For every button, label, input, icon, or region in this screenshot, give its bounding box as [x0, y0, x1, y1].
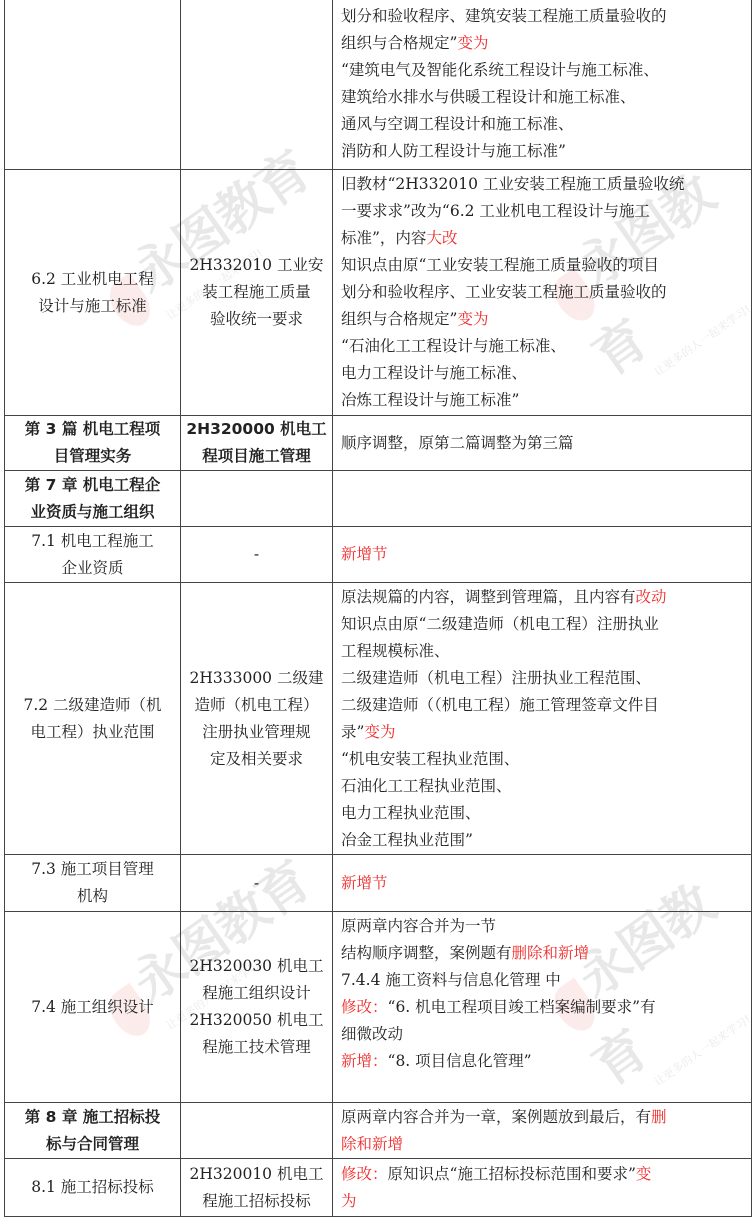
note-line: 通风与空调工程设计和施工标准、 [341, 111, 745, 138]
highlight-text: 变为 [364, 723, 395, 741]
note-text: 旧教材“2H332010 工业安装工程施工质量验收统 [341, 175, 684, 193]
note-line: 新增节 [341, 870, 745, 897]
old-code-cell [181, 0, 333, 170]
table-row: 第 7 章 机电工程企业资质与施工组织 [5, 471, 752, 527]
cell-line: 7.3 施工项目管理 [9, 856, 176, 883]
table-row: 7.2 二级建造师（机电工程）执业范围2H333000 二级建造师（机电工程）注… [5, 583, 752, 855]
highlight-text: 新增： [341, 1052, 388, 1070]
section-cell: 第 8 章 施工招标投标与合同管理 [5, 1103, 181, 1159]
note-line: 旧教材“2H332010 工业安装工程施工质量验收统 [341, 171, 745, 198]
note-text: “石油化工工程设计与施工标准、 [341, 337, 566, 355]
note-text: “8. 项目信息化管理” [388, 1052, 532, 1070]
old-code-cell: - [181, 855, 333, 912]
note-text: “机电安装工程执业范围、 [341, 750, 519, 768]
note-text: 知识点由原“二级建造师（机电工程）注册执业 [341, 615, 659, 633]
cell-line: 7.4 施工组织设计 [9, 994, 176, 1021]
note-text: 二级建造师（（机电工程）施工管理签章文件目 [341, 696, 659, 714]
cell-line: 第 3 篇 机电工程项 [9, 416, 176, 443]
note-line: 冶金工程执业范围” [341, 827, 745, 854]
cell-line: - [185, 541, 328, 568]
change-note-cell: 修改：原知识点“施工招标投标范围和要求”变为 [333, 1159, 752, 1217]
cell-line: 7.1 机电工程施工 [9, 528, 176, 555]
note-text: 石油化工工程执业范围、 [341, 777, 512, 795]
note-line: 结构顺序调整，案例题有删除和新增 [341, 940, 745, 967]
note-line: 知识点由原“工业安装工程施工质量验收的项目 [341, 252, 745, 279]
note-text: 原两章内容合并为一节 [341, 917, 496, 935]
table-body: 划分和验收程序、建筑安装工程施工质量验收的组织与合格规定”变为“建筑电气及智能化… [5, 0, 752, 1217]
note-text: 顺序调整，原第二篇调整为第三篇 [341, 434, 574, 452]
note-text: 细微改动 [341, 1025, 403, 1043]
table-row: 7.4 施工组织设计2H320030 机电工程施工组织设计2H320050 机电… [5, 912, 752, 1103]
note-text: 划分和验收程序、工业安装工程施工质量验收的 [341, 283, 667, 301]
cell-line: 企业资质 [9, 555, 176, 582]
highlight-text: 变为 [457, 34, 488, 52]
document-page: 永图教育 让更多的人一起来学习! 永图教育 让更多的人一起来学习! 永图教育 让… [0, 0, 756, 1219]
cell-line: 2H332010 工业安 [185, 252, 328, 279]
cell-line: 造师（机电工程） [185, 692, 328, 719]
section-cell: 7.1 机电工程施工企业资质 [5, 527, 181, 583]
note-line: 划分和验收程序、建筑安装工程施工质量验收的 [341, 3, 745, 30]
cell-line: - [185, 870, 328, 897]
old-code-cell: - [181, 527, 333, 583]
change-note-cell: 划分和验收程序、建筑安装工程施工质量验收的组织与合格规定”变为“建筑电气及智能化… [333, 0, 752, 170]
note-line: 建筑给水排水与供暖工程设计和施工标准、 [341, 84, 745, 111]
cell-line: 验收统一要求 [185, 306, 328, 333]
note-line: 二级建造师（（机电工程）施工管理签章文件目 [341, 692, 745, 719]
note-line: 电力工程设计与施工标准、 [341, 360, 745, 387]
note-text: 冶金工程执业范围” [341, 831, 473, 849]
note-text: 7.4.4 施工资料与信息化管理 中 [341, 971, 561, 989]
note-line: 新增节 [341, 541, 745, 568]
highlight-text: 删 [651, 1108, 667, 1126]
section-cell: 6.2 工业机电工程设计与施工标准 [5, 170, 181, 416]
note-text: 录” [341, 723, 364, 741]
highlight-text: 删除和新增 [512, 944, 590, 962]
note-line: 细微改动 [341, 1021, 745, 1048]
section-cell: 第 7 章 机电工程企业资质与施工组织 [5, 471, 181, 527]
note-text: 组织与合格规定” [341, 310, 457, 328]
note-text: “6. 机电工程项目竣工档案编制要求”有 [388, 998, 656, 1016]
table-row: 第 8 章 施工招标投标与合同管理原两章内容合并为一章，案例题放到最后，有删除和… [5, 1103, 752, 1159]
note-text: 建筑给水排水与供暖工程设计和施工标准、 [341, 88, 636, 106]
old-code-cell: 2H333000 二级建造师（机电工程）注册执业管理规定及相关要求 [181, 583, 333, 855]
cell-line: 2H320010 机电工 [185, 1161, 328, 1188]
change-note-cell: 旧教材“2H332010 工业安装工程施工质量验收统一要求求”改为“6.2 工业… [333, 170, 752, 416]
highlight-text: 除和新增 [341, 1135, 403, 1153]
section-cell: 第 3 篇 机电工程项目管理实务 [5, 416, 181, 471]
note-line: 一要求求”改为“6.2 工业机电工程设计与施工 [341, 198, 745, 225]
change-note-cell: 原两章内容合并为一章，案例题放到最后，有删除和新增 [333, 1103, 752, 1159]
section-cell: 7.3 施工项目管理机构 [5, 855, 181, 912]
old-code-cell: 2H320010 机电工程施工招标投标 [181, 1159, 333, 1217]
cell-line: 第 8 章 施工招标投 [9, 1104, 176, 1131]
old-code-cell: 2H320000 机电工程项目施工管理 [181, 416, 333, 471]
note-line: 新增：“8. 项目信息化管理” [341, 1048, 745, 1075]
comparison-table: 划分和验收程序、建筑安装工程施工质量验收的组织与合格规定”变为“建筑电气及智能化… [4, 0, 752, 1217]
note-line: 工程规模标准、 [341, 638, 745, 665]
highlight-text: 新增节 [341, 874, 388, 892]
cell-line: 电工程）执业范围 [9, 719, 176, 746]
section-cell: 8.1 施工招标投标 [5, 1159, 181, 1217]
cell-line: 标与合同管理 [9, 1131, 176, 1158]
section-cell: 7.2 二级建造师（机电工程）执业范围 [5, 583, 181, 855]
cell-line: 目管理实务 [9, 443, 176, 470]
note-text: 消防和人防工程设计与施工标准” [341, 142, 566, 160]
cell-line: 2H320000 机电工 [185, 416, 328, 443]
note-line: 冶炼工程设计与施工标准” [341, 387, 745, 414]
note-text: 标准”，内容 [341, 229, 426, 247]
highlight-text: 修改： [341, 998, 388, 1016]
highlight-text: 新增节 [341, 545, 388, 563]
old-code-cell: 2H320030 机电工程施工组织设计2H320050 机电工程施工技术管理 [181, 912, 333, 1103]
cell-line: 程项目施工管理 [185, 443, 328, 470]
note-line: “建筑电气及智能化系统工程设计与施工标准、 [341, 57, 745, 84]
note-text: 工程规模标准、 [341, 642, 450, 660]
note-line: 录”变为 [341, 719, 745, 746]
note-line: 除和新增 [341, 1131, 745, 1158]
cell-line: 定及相关要求 [185, 746, 328, 773]
cell-line: 第 7 章 机电工程企 [9, 472, 176, 499]
cell-line: 2H333000 二级建 [185, 665, 328, 692]
change-note-cell: 新增节 [333, 527, 752, 583]
note-line: 修改：“6. 机电工程项目竣工档案编制要求”有 [341, 994, 745, 1021]
note-text: 原知识点“施工招标投标范围和要求” [388, 1165, 636, 1183]
cell-line: 8.1 施工招标投标 [9, 1174, 176, 1201]
note-line: 知识点由原“二级建造师（机电工程）注册执业 [341, 611, 745, 638]
cell-line: 设计与施工标准 [9, 293, 176, 320]
note-line: 二级建造师（机电工程）注册执业工程范围、 [341, 665, 745, 692]
note-line: “石油化工工程设计与施工标准、 [341, 333, 745, 360]
note-line: 组织与合格规定”变为 [341, 306, 745, 333]
note-line: 石油化工工程执业范围、 [341, 773, 745, 800]
cell-line: 程施工技术管理 [185, 1034, 328, 1061]
note-text: 通风与空调工程设计和施工标准、 [341, 115, 574, 133]
note-line: 顺序调整，原第二篇调整为第三篇 [341, 430, 745, 457]
note-line: 原两章内容合并为一章，案例题放到最后，有删 [341, 1104, 745, 1131]
note-line: 划分和验收程序、工业安装工程施工质量验收的 [341, 279, 745, 306]
note-line: 原两章内容合并为一节 [341, 913, 745, 940]
table-row: 7.3 施工项目管理机构-新增节 [5, 855, 752, 912]
change-note-cell: 新增节 [333, 855, 752, 912]
table-row: 划分和验收程序、建筑安装工程施工质量验收的组织与合格规定”变为“建筑电气及智能化… [5, 0, 752, 170]
cell-line: 2H320030 机电工 [185, 953, 328, 980]
note-text: 知识点由原“工业安装工程施工质量验收的项目 [341, 256, 659, 274]
old-code-cell [181, 471, 333, 527]
table-row: 6.2 工业机电工程设计与施工标准2H332010 工业安装工程施工质量验收统一… [5, 170, 752, 416]
cell-line: 程施工招标投标 [185, 1188, 328, 1215]
note-text: 冶炼工程设计与施工标准” [341, 391, 519, 409]
note-text: 结构顺序调整，案例题有 [341, 944, 512, 962]
table-row: 8.1 施工招标投标2H320010 机电工程施工招标投标修改：原知识点“施工招… [5, 1159, 752, 1217]
note-text [341, 1079, 346, 1097]
cell-line: 7.2 二级建造师（机 [9, 692, 176, 719]
change-note-cell [333, 471, 752, 527]
highlight-text: 变为 [457, 310, 488, 328]
note-line: 原法规篇的内容，调整到管理篇，且内容有改动 [341, 584, 745, 611]
cell-line: 程施工组织设计 [185, 980, 328, 1007]
table-row: 第 3 篇 机电工程项目管理实务2H320000 机电工程项目施工管理顺序调整，… [5, 416, 752, 471]
note-text: 原两章内容合并为一章，案例题放到最后，有 [341, 1108, 651, 1126]
note-text: 组织与合格规定” [341, 34, 457, 52]
change-note-cell: 顺序调整，原第二篇调整为第三篇 [333, 416, 752, 471]
note-line: 电力工程执业范围、 [341, 800, 745, 827]
section-cell [5, 0, 181, 170]
cell-line: 机构 [9, 883, 176, 910]
old-code-cell [181, 1103, 333, 1159]
note-line: 7.4.4 施工资料与信息化管理 中 [341, 967, 745, 994]
note-text: “建筑电气及智能化系统工程设计与施工标准、 [341, 61, 659, 79]
cell-line: 装工程施工质量 [185, 279, 328, 306]
old-code-cell: 2H332010 工业安装工程施工质量验收统一要求 [181, 170, 333, 416]
highlight-text: 改动 [636, 588, 667, 606]
note-text: 电力工程执业范围、 [341, 804, 481, 822]
highlight-text: 修改： [341, 1165, 388, 1183]
note-text: 电力工程设计与施工标准、 [341, 364, 527, 382]
note-line [341, 1075, 745, 1102]
note-text: 划分和验收程序、建筑安装工程施工质量验收的 [341, 7, 667, 25]
note-line: “机电安装工程执业范围、 [341, 746, 745, 773]
note-text: 二级建造师（机电工程）注册执业工程范围、 [341, 669, 651, 687]
note-line: 为 [341, 1188, 745, 1215]
cell-line: 注册执业管理规 [185, 719, 328, 746]
highlight-text: 大改 [426, 229, 457, 247]
cell-line: 业资质与施工组织 [9, 499, 176, 526]
cell-line: 6.2 工业机电工程 [9, 266, 176, 293]
note-line: 修改：原知识点“施工招标投标范围和要求”变 [341, 1161, 745, 1188]
section-cell: 7.4 施工组织设计 [5, 912, 181, 1103]
change-note-cell: 原法规篇的内容，调整到管理篇，且内容有改动知识点由原“二级建造师（机电工程）注册… [333, 583, 752, 855]
note-text: 原法规篇的内容，调整到管理篇，且内容有 [341, 588, 636, 606]
highlight-text: 为 [341, 1192, 357, 1210]
cell-line: 2H320050 机电工 [185, 1007, 328, 1034]
highlight-text: 变 [636, 1165, 652, 1183]
table-row: 7.1 机电工程施工企业资质-新增节 [5, 527, 752, 583]
note-line: 标准”，内容大改 [341, 225, 745, 252]
note-text: 一要求求”改为“6.2 工业机电工程设计与施工 [341, 202, 650, 220]
note-line: 消防和人防工程设计与施工标准” [341, 138, 745, 165]
change-note-cell: 原两章内容合并为一节结构顺序调整，案例题有删除和新增7.4.4 施工资料与信息化… [333, 912, 752, 1103]
note-line: 组织与合格规定”变为 [341, 30, 745, 57]
